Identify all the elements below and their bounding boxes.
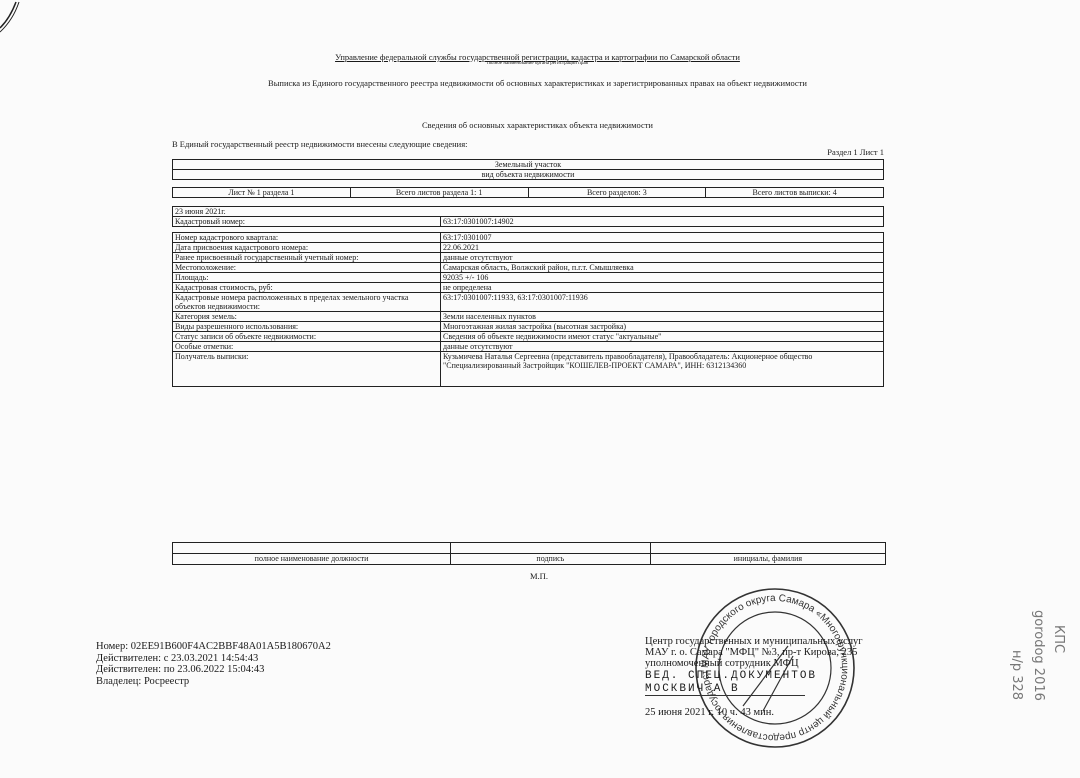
sheet-number: Лист № 1 раздела 1 [173,188,351,198]
property-row: Местоположение:Самарская область, Волжск… [173,263,884,273]
sheets-table: Лист № 1 раздела 1 Всего листов раздела … [172,187,884,198]
property-label: Виды разрешенного использования: [173,322,441,332]
sheet-reference: Раздел 1 Лист 1 [827,147,884,157]
property-label: Дата присвоения кадастрового номера: [173,243,441,253]
mfc-block: Центр государственных и муниципальных ус… [645,636,863,696]
property-value: данные отсутствуют [441,253,884,263]
signature-table: полное наименование должности подпись ин… [172,542,886,565]
sheets-in-section: Всего листов раздела 1: 1 [350,188,528,198]
date-cadastral-table: 23 июня 2021г. Кадастровый номер: 63:17:… [172,206,884,227]
property-value: Кузьмичева Наталья Сергеевна (представит… [441,352,884,387]
property-row: Дата присвоения кадастрового номера:22.0… [173,243,884,253]
total-sheets: Всего листов выписки: 4 [706,188,884,198]
property-value: не определена [441,283,884,293]
total-sections: Всего разделов: 3 [528,188,706,198]
property-value: 63:17:0301007:11933, 63:17:0301007:11936 [441,293,884,312]
property-row: Особые отметки:данные отсутствуют [173,342,884,352]
extract-date: 23 июня 2021г. [173,207,884,217]
property-label: Площадь: [173,273,441,283]
staff-position: ВЕД. СПЕЦ.ДОКУМЕНТОВ [645,671,863,682]
property-row: Кадастровая стоимость, руб:не определена [173,283,884,293]
section-title: Сведения об основных характеристиках объ… [170,120,905,130]
properties-table: Номер кадастрового квартала:63:17:030100… [172,232,884,387]
seal-place: М.П. [530,571,548,581]
mfc-line-1: Центр государственных и муниципальных ус… [645,636,863,647]
document-title: Выписка из Единого государственного реес… [170,78,905,88]
certificate-owner: Владелец: Росреестр [96,676,331,688]
object-type-caption: вид объекта недвижимости [173,170,884,180]
object-type: Земельный участок [173,160,884,170]
property-label: Кадастровые номера расположенных в преде… [173,293,441,312]
position-caption: полное наименование должности [173,554,451,565]
mfc-date: 25 июня 2021 г. 10 ч. 43 мин. [645,707,774,718]
property-label: Особые отметки: [173,342,441,352]
name-caption: инициалы, фамилия [650,554,885,565]
svg-text:н/р 328: н/р 328 [1009,650,1024,700]
intro-text: В Единый государственный реестр недвижим… [172,139,468,149]
property-row: Площадь:92035 +/- 106 [173,273,884,283]
scan-corner-mark [0,0,40,40]
property-row: Виды разрешенного использования:Многоэта… [173,322,884,332]
property-row: Статус записи об объекте недвижимости:Св… [173,332,884,342]
mfc-line-3: уполномоченный сотрудник МФЦ [645,658,863,669]
property-value: данные отсутствуют [441,342,884,352]
signature-caption: подпись [451,554,651,565]
property-label: Получатель выписки: [173,352,441,387]
property-label: Местоположение: [173,263,441,273]
property-label: Ранее присвоенный государственный учетны… [173,253,441,263]
property-label: Статус записи об объекте недвижимости: [173,332,441,342]
staff-name: МОСКВИЧ А В [645,684,805,696]
organization-caption: полное наименование органа регистрации п… [170,61,905,66]
cadastral-number: 63:17:0301007:14902 [441,217,884,227]
property-row: Кадастровые номера расположенных в преде… [173,293,884,312]
property-label: Кадастровая стоимость, руб: [173,283,441,293]
property-value: Многоэтажная жилая застройка (высотная з… [441,322,884,332]
property-label: Номер кадастрового квартала: [173,233,441,243]
svg-text:КПС: КПС [1051,625,1065,653]
certificate-info: Номер: 02EE91B600F4AC2BBF48A01A5B180670A… [96,641,331,687]
certificate-valid-to: Действителен: по 23.06.2022 15:04:43 [96,664,331,676]
property-value: 92035 +/- 106 [441,273,884,283]
property-row: Получатель выписки:Кузьмичева Наталья Се… [173,352,884,387]
property-value: Земли населенных пунктов [441,312,884,322]
property-value: Самарская область, Волжский район, п.г.т… [441,263,884,273]
certificate-valid-from: Действителен: с 23.03.2021 14:54:43 [96,653,331,665]
certificate-number: Номер: 02EE91B600F4AC2BBF48A01A5B180670A… [96,641,331,653]
property-value: 63:17:0301007 [441,233,884,243]
property-row: Категория земель:Земли населенных пункто… [173,312,884,322]
mfc-line-2: МАУ г. о. Самара "МФЦ" №3, пр-т Кирова, … [645,647,863,658]
object-type-table: Земельный участок вид объекта недвижимос… [172,159,884,180]
svg-text:gorodog 2016: gorodog 2016 [1031,610,1046,701]
property-row: Номер кадастрового квартала:63:17:030100… [173,233,884,243]
cadastral-label: Кадастровый номер: [173,217,441,227]
property-value: 22.06.2021 [441,243,884,253]
property-row: Ранее присвоенный государственный учетны… [173,253,884,263]
handwritten-note: КПС gorodog 2016 н/р 328 [985,610,1065,750]
property-label: Категория земель: [173,312,441,322]
property-value: Сведения об объекте недвижимости имеют с… [441,332,884,342]
